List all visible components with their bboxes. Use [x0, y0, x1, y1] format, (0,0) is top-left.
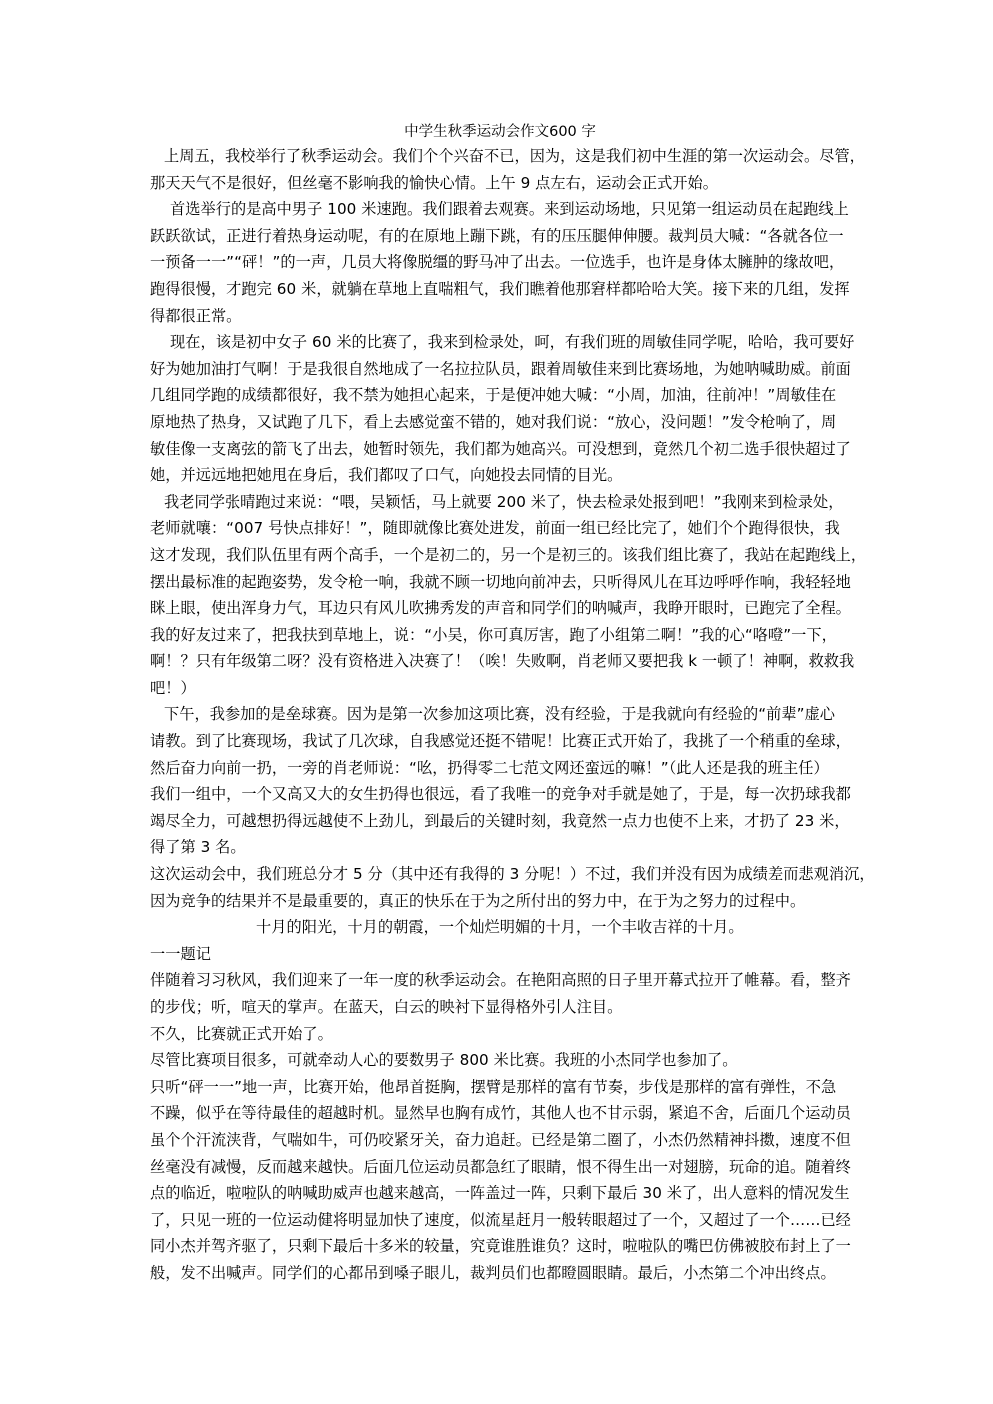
text-line: 好为她加油打气啊！于是我很自然地成了一名拉拉队员，跟着周敏佳来到比赛场地，为她呐… [150, 356, 850, 383]
text-line: 虽个个汗流浃背，气喘如牛，可仍咬紧牙关，奋力追赶。已经是第二圈了，小杰仍然精神抖… [150, 1127, 850, 1154]
text-line: 首选举行的是高中男子 100 米速跑。我们跟着去观赛。来到运动场地，只见第一组运… [150, 196, 850, 223]
text-line: 同小杰并驾齐驱了，只剩下最后十多米的较量，究竟谁胜谁负？这时，啦啦队的嘴巴仿佛被… [150, 1233, 850, 1260]
text-line: 那天天气不是很好，但丝毫不影响我的愉快心情。上午 9 点左右，运动会正式开始。 [150, 170, 850, 197]
text-line: 跑得很慢，才跑完 60 米，就躺在草地上直喘粗气，我们瞧着他那窘样都哈哈大笑。接… [150, 276, 850, 303]
text-line: 的步伐；听，喧天的掌声。在蓝天，白云的映衬下显得格外引人注目。 [150, 994, 850, 1021]
text-line: 我的好友过来了，把我扶到草地上，说：“小吴，你可真厉害，跑了小组第二啊！”我的心… [150, 622, 850, 649]
text-line: 丝毫没有减慢，反而越来越快。后面几位运动员都急红了眼睛，恨不得生出一对翅膀，玩命… [150, 1154, 850, 1181]
document-body: 上周五，我校举行了秋季运动会。我们个个兴奋不已，因为，这是我们初中生涯的第一次运… [150, 143, 850, 1287]
text-line: 点的临近，啦啦队的呐喊助威声也越来越高，一阵盖过一阵，只剩下最后 30 米了，出… [150, 1180, 850, 1207]
text-line: 我们一组中，一个又高又大的女生扔得也很远，看了我唯一的竞争对手就是她了，于是，每… [150, 781, 850, 808]
text-line: 不久，比赛就正式开始了。 [150, 1021, 850, 1048]
text-line: 这才发现，我们队伍里有两个高手，一个是初二的，另一个是初三的。该我们组比赛了，我… [150, 542, 850, 569]
text-line: 她，并远远地把她甩在身后，我们都叹了口气，向她投去同情的目光。 [150, 462, 850, 489]
text-line: 然后奋力向前一扔，一旁的肖老师说：“吆，扔得零二七范文网还蛮远的嘛！”（此人还是… [150, 755, 850, 782]
epigraph-line: 十月的阳光，十月的朝霞，一个灿烂明媚的十月，一个丰收吉祥的十月。 [150, 914, 850, 941]
text-line: 伴随着习习秋风，我们迎来了一年一度的秋季运动会。在艳阳高照的日子里开幕式拉开了帷… [150, 967, 850, 994]
text-line: 了，只见一班的一位运动健将明显加快了速度，似流星赶月一般转眼超过了一个，又超过了… [150, 1207, 850, 1234]
text-line: 因为竞争的结果并不是最重要的，真正的快乐在于为之所付出的努力中，在于为之努力的过… [150, 888, 850, 915]
text-line: 老师就嚷：“007 号快点排好！”，随即就像比赛处进发，前面一组已经比完了，她们… [150, 515, 850, 542]
text-line: 敏佳像一支离弦的箭飞了出去，她暂时领先，我们都为她高兴。可没想到，竟然几个初二选… [150, 436, 850, 463]
text-line: 般，发不出喊声。同学们的心都吊到嗓子眼儿，裁判员们也都瞪圆眼睛。最后，小杰第二个… [150, 1260, 850, 1287]
text-line: 吧！） [150, 675, 850, 702]
text-line: 啊！？只有年级第二呀？没有资格进入决赛了！（唉！失败啊，肖老师又要把我 k 一顿… [150, 648, 850, 675]
text-line: 请教。到了比赛现场，我试了几次球，自我感觉还挺不错呢！比赛正式开始了，我挑了一个… [150, 728, 850, 755]
text-line: 跃跃欲试，正进行着热身运动呢，有的在原地上蹦下跳，有的压压腿伸伸腰。裁判员大喊：… [150, 223, 850, 250]
text-line: 这次运动会中，我们班总分才 5 分（其中还有我得的 3 分呢！）不过，我们并没有… [150, 861, 850, 888]
text-line: 原地热了热身，又试跑了几下，看上去感觉蛮不错的，她对我们说：“放心，没问题！”发… [150, 409, 850, 436]
document-page: 中学生秋季运动会作文600 字 上周五，我校举行了秋季运动会。我们个个兴奋不已，… [150, 121, 850, 1287]
text-line: 上周五，我校举行了秋季运动会。我们个个兴奋不已，因为，这是我们初中生涯的第一次运… [150, 143, 850, 170]
text-line: 我老同学张晴跑过来说：“喂，吴颖恬，马上就要 200 米了，快去检录处报到吧！”… [150, 489, 850, 516]
text-line: 尽管比赛项目很多，可就牵动人心的要数男子 800 米比赛。我班的小杰同学也参加了… [150, 1047, 850, 1074]
text-line: 一预备一一”“砰！”的一声，几员大将像脱缰的野马冲了出去。一位选手，也许是身体太… [150, 249, 850, 276]
text-line: 不躁，似乎在等待最佳的超越时机。显然早也胸有成竹，其他人也不甘示弱，紧追不舍，后… [150, 1100, 850, 1127]
text-line: 眯上眼，使出浑身力气，耳边只有风儿吹拂秀发的声音和同学们的呐喊声，我睁开眼时，已… [150, 595, 850, 622]
text-line: 竭尽全力，可越想扔得远越使不上劲儿，到最后的关键时刻，我竟然一点力也使不上来，才… [150, 808, 850, 835]
text-line: 得了第 3 名。 [150, 834, 850, 861]
text-line: 只听“砰一一”地一声，比赛开始，他昂首挺胸，摆臂是那样的富有节奏，步伐是那样的富… [150, 1074, 850, 1101]
text-line: 几组同学跑的成绩都很好，我不禁为她担心起来，于是便冲她大喊：“小周，加油，往前冲… [150, 382, 850, 409]
text-line: 下午，我参加的是垒球赛。因为是第一次参加这项比赛，没有经验，于是我就向有经验的“… [150, 701, 850, 728]
text-line: 现在，该是初中女子 60 米的比赛了，我来到检录处，呵，有我们班的周敏佳同学呢，… [150, 329, 850, 356]
epigraph-attribution: 一一题记 [150, 941, 850, 968]
text-line: 得都很正常。 [150, 303, 850, 330]
text-line: 摆出最标准的起跑姿势，发令枪一响，我就不顾一切地向前冲去，只听得风儿在耳边呼呼作… [150, 569, 850, 596]
document-title: 中学生秋季运动会作文600 字 [150, 121, 850, 143]
